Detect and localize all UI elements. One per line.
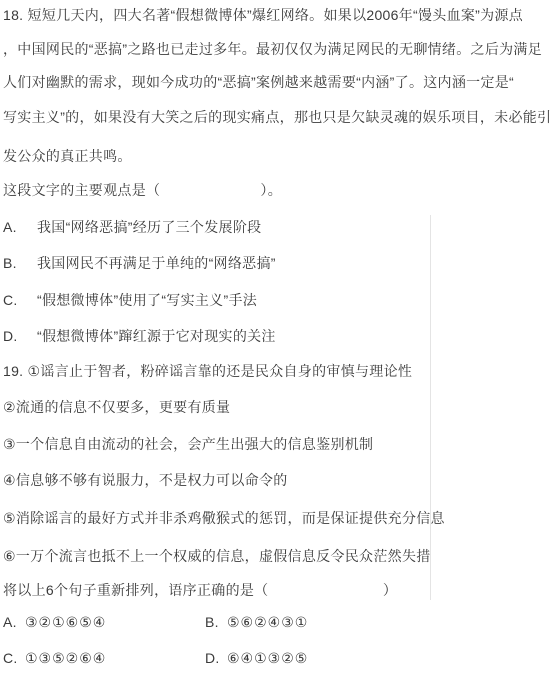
q19-option-c-text: ①③⑤②⑥④ [25,650,106,666]
q19-option-c: C.①③⑤②⑥④ [3,648,106,668]
q19-prompt: 将以上6个句子重新排列，语序正确的是（ ） [3,580,397,600]
q19-option-d-text: ⑥④①③②⑤ [227,650,308,666]
q18-option-b: B.我国网民不再满足于单纯的“网络恶搞” [3,253,276,273]
q18-text-line-3: 人们对幽默的需求，现如今成功的“恶搞”案例越来越需要“内涵”了。这内涵一定是“ [3,72,514,92]
q18-option-c-label: C. [3,290,37,310]
exam-document-page: 18. 短短几天内，四大名著“假想微博体”爆红网络。如果以2006年“馒头血案”… [0,0,550,678]
q18-prompt: 这段文字的主要观点是（ ）。 [3,180,282,200]
q19-option-a-label: A. [3,612,25,632]
q19-option-a: A.③②①⑥⑤④ [3,612,106,632]
q18-option-a-label: A. [3,217,37,237]
q19-option-b-text: ⑤⑥②④③① [227,614,308,630]
q18-option-d-text: “假想微博体”蹿红源于它对现实的关注 [37,328,276,344]
q19-sentence-2: ②流通的信息不仅要多，更要有质量 [3,397,230,417]
q19-option-a-text: ③②①⑥⑤④ [25,614,106,630]
q18-option-d-label: D. [3,326,37,346]
q18-option-b-label: B. [3,253,37,273]
q18-text-line-1: 18. 短短几天内，四大名著“假想微博体”爆红网络。如果以2006年“馒头血案”… [3,5,523,25]
q19-sentence-6: ⑥一万个流言也抵不上一个权威的信息，虚假信息反令民众茫然失措 [3,546,431,566]
q19-option-b-label: B. [205,612,227,632]
q19-option-c-label: C. [3,648,25,668]
q19-option-d-label: D. [205,648,227,668]
q18-text-line-5: 发公众的真正共鸣。 [3,146,132,166]
q18-text-line-2: ，中国网民的“恶搞”之路也已走过多年。最初仅仅为满足网民的无聊情绪。之后为满足 [3,39,542,59]
q19-sentence-4: ④信息够不够有说服力，不是权力可以命令的 [3,470,288,490]
q19-option-b: B.⑤⑥②④③① [205,612,308,632]
q18-option-c-text: “假想微博体”使用了“写实主义”手法 [37,292,257,308]
q18-option-a: A.我国“网络恶搞”经历了三个发展阶段 [3,217,261,237]
q18-text-line-4: 写实主义”的，如果没有大笑之后的现实痛点，那也只是欠缺灵魂的娱乐项目，未必能引 [3,107,550,127]
q19-option-d: D.⑥④①③②⑤ [205,648,308,668]
q19-sentence-1: 19. ①谣言止于智者，粉碎谣言靠的还是民众自身的审慎与理论性 [3,361,412,381]
q18-option-d: D.“假想微博体”蹿红源于它对现实的关注 [3,326,276,346]
scan-artifact-line [430,215,431,600]
q18-option-b-text: 我国网民不再满足于单纯的“网络恶搞” [37,255,276,271]
q19-sentence-5: ⑤消除谣言的最好方式并非杀鸡儆猴式的惩罚，而是保证提供充分信息 [3,508,445,528]
q19-sentence-3: ③一个信息自由流动的社会，会产生出强大的信息鉴别机制 [3,434,373,454]
q18-option-c: C.“假想微博体”使用了“写实主义”手法 [3,290,257,310]
q18-option-a-text: 我国“网络恶搞”经历了三个发展阶段 [37,219,261,235]
